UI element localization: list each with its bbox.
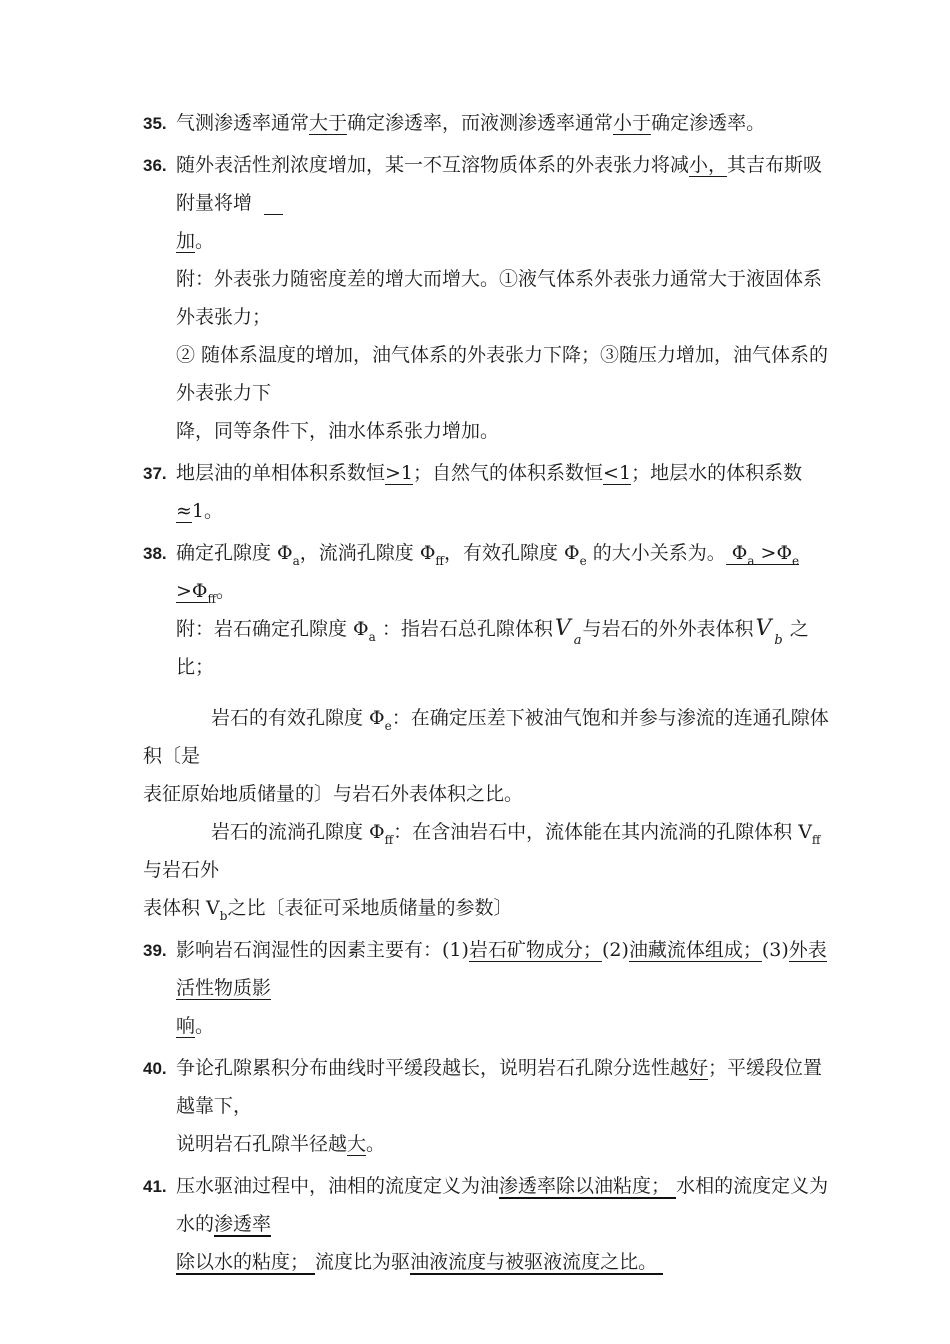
subscript: ff	[435, 554, 444, 568]
subscript: ff	[385, 833, 394, 847]
paragraph: 地层油的单相体积系数恒>1；自然气的体积系数恒<1；地层水的体积系数≈1。	[176, 454, 833, 530]
answer-underline: 油藏流体组成；	[629, 939, 762, 962]
document-page: 35.气测渗透率通常大于确定渗透率，而液测渗透率通常小于确定渗透率。36.随外表…	[0, 0, 950, 1344]
answer-underline: <1	[603, 462, 631, 485]
paragraph: 压水驱油过程中，油相的流度定义为油渗透率除以油粘度； 水相的流度定义为水的渗透率…	[176, 1167, 833, 1281]
item-number: 37.	[143, 454, 167, 493]
subscript: a	[369, 630, 376, 644]
list-item-37: 37.地层油的单相体积系数恒>1；自然气的体积系数恒<1；地层水的体积系数≈1。	[143, 454, 833, 530]
text-segment: 地层油的单相体积系数恒	[176, 462, 385, 484]
item-number: 36.	[143, 146, 167, 185]
text-segment: >Φ	[755, 542, 793, 564]
math-variable: V	[553, 616, 573, 641]
answer-underline: 小，	[689, 154, 727, 177]
text-segment: 1。	[192, 500, 223, 522]
list-item-41: 41.压水驱油过程中，油相的流度定义为油渗透率除以油粘度； 水相的流度定义为水的…	[143, 1167, 833, 1281]
paragraph: 附：外表张力随密度差的增大而增大。①液气体系外表张力通常大于液固体系外表张力；②…	[176, 260, 833, 450]
answer-underline: 加	[176, 230, 195, 253]
paragraph: 岩石的有效孔隙度 Φe：在确定压差下被油气饱和并参与渗流的连通孔隙体积〔是表征原…	[143, 699, 833, 813]
subscript: a	[293, 554, 300, 568]
list-item-39: 39.影响岩石润湿性的因素主要有：(1)岩石矿物成分；(2)油藏流体组成；(3)…	[143, 931, 833, 1045]
paragraph: 岩石的流淌孔隙度 Φff：在含油岩石中，流体能在其内流淌的孔隙体积 Vff 与岩…	[143, 813, 833, 927]
paragraph: 气测渗透率通常大于确定渗透率，而液测渗透率通常小于确定渗透率。	[176, 104, 833, 142]
text-segment: 降，同等条件下，油水体系张力增加。	[176, 420, 499, 442]
subscript: b	[220, 909, 228, 923]
text-segment: 影响岩石润湿性的因素主要有：(1)	[176, 939, 469, 961]
item-number: 39.	[143, 931, 167, 970]
paragraph: 随外表活性剂浓度增加，某一不互溶物质体系的外表张力将减小，其吉布斯吸附量将增 加…	[176, 146, 833, 260]
text-segment: 的大小关系为。	[587, 542, 726, 564]
text-segment: 附：外表张力随密度差的增大而增大。①液气体系外表张力通常大于液固体系外表张力；	[176, 268, 822, 328]
answer-underline: 好	[689, 1057, 708, 1080]
answer-underline: 渗透率除以油粘度；	[499, 1175, 676, 1199]
list-item-38: 38.确定孔隙度 Φa，流淌孔隙度 Φff，有效孔隙度 Φe 的大小关系为。 Φ…	[143, 534, 833, 927]
text-segment: 。	[216, 580, 235, 602]
text-segment: 表征原始地质储量的〕与岩石外表体积之比。	[143, 783, 523, 805]
list-item-40: 40.争论孔隙累积分布曲线时平缓段越长，说明岩石孔隙分选性越好；平缓段位置越靠下…	[143, 1049, 833, 1163]
text-segment: ：在含油岩石中，流体能在其内流淌的孔隙体积 V	[393, 821, 812, 843]
paragraph: 附：岩石确定孔隙度 Φa ：指岩石总孔隙体积Va与岩石的外外表体积Vb 之比；	[176, 610, 833, 686]
text-segment: 与岩石外	[143, 859, 219, 881]
paragraph: 争论孔隙累积分布曲线时平缓段越长，说明岩石孔隙分选性越好；平缓段位置越靠下，说明…	[176, 1049, 833, 1163]
subscript: ff	[812, 833, 821, 847]
text-segment: 说明岩石孔隙半径越	[176, 1133, 347, 1155]
answer-underline: 响	[176, 1015, 195, 1038]
text-segment: 与岩石的外外表体积	[582, 618, 753, 640]
subscript: e	[385, 719, 392, 733]
math-subscript: b	[773, 633, 783, 648]
text-segment: 之比〔表征可采地质储量的参数〕	[227, 897, 512, 919]
text-segment: ，有效孔隙度 Φ	[444, 542, 580, 564]
answer-underline: 大	[347, 1133, 366, 1156]
list-item-36: 36.随外表活性剂浓度增加，某一不互溶物质体系的外表张力将减小，其吉布斯吸附量将…	[143, 146, 833, 450]
math-subscript: a	[573, 633, 583, 648]
text-segment: 气测渗透率通常	[176, 112, 309, 134]
item-number: 41.	[143, 1167, 167, 1206]
paragraph: 影响岩石润湿性的因素主要有：(1)岩石矿物成分；(2)油藏流体组成；(3)外表活…	[176, 931, 833, 1045]
text-segment: 确定渗透率，而液测渗透率通常	[347, 112, 613, 134]
document-content: 35.气测渗透率通常大于确定渗透率，而液测渗透率通常小于确定渗透率。36.随外表…	[143, 104, 833, 1285]
text-segment: 。	[195, 230, 214, 252]
text-segment: (2)	[602, 939, 629, 961]
text-segment: 压水驱油过程中，油相的流度定义为油	[176, 1175, 499, 1197]
text-segment: 确定渗透率。	[651, 112, 765, 134]
answer-underline: >1	[385, 462, 413, 485]
answer-underline: 大于	[309, 112, 347, 135]
text-segment: ：指岩石总孔隙体积	[376, 618, 553, 640]
text-segment: 岩石的有效孔隙度 Φ	[211, 707, 385, 729]
text-segment: ，流淌孔隙度 Φ	[300, 542, 436, 564]
answer-underline: 岩石矿物成分；	[469, 939, 602, 962]
answer-underline: 除以水的粘度；	[176, 1251, 315, 1275]
text-segment: 表体积 V	[143, 897, 220, 919]
math-variable: V	[754, 616, 774, 641]
text-segment: ；自然气的体积系数恒	[413, 462, 603, 484]
text-segment: (3)	[762, 939, 789, 961]
item-number: 35.	[143, 104, 167, 143]
text-segment: ；地层水的体积系数	[631, 462, 802, 484]
text-segment: 岩石的流淌孔隙度 Φ	[211, 821, 385, 843]
paragraph: 确定孔隙度 Φa，流淌孔隙度 Φff，有效孔隙度 Φe 的大小关系为。 Φa >…	[176, 534, 833, 610]
text-segment: 。	[195, 1015, 214, 1037]
text-segment: >Φ	[176, 580, 208, 602]
subscript: ff	[208, 592, 217, 606]
item-number: 40.	[143, 1049, 167, 1088]
text-segment: 。	[366, 1133, 385, 1155]
item-number: 38.	[143, 534, 167, 573]
text-segment: 确定孔隙度 Φ	[176, 542, 293, 564]
subscript: e	[792, 554, 799, 568]
text-segment: 随外表活性剂浓度增加，某一不互溶物质体系的外表张力将减	[176, 154, 689, 176]
answer-underline: 小于	[613, 112, 651, 135]
text-segment: Φ	[726, 542, 748, 564]
answer-underline: ≈	[176, 500, 192, 523]
text-segment	[252, 192, 264, 214]
subscript: a	[747, 554, 754, 568]
text-segment: 争论孔隙累积分布曲线时平缓段越长，说明岩石孔隙分选性越	[176, 1057, 689, 1079]
answer-underline	[264, 192, 283, 215]
text-segment: ② 随体系温度的增加，油气体系的外表张力下降；③随压力增加，油气体系的外表张力下	[176, 344, 828, 404]
subscript: e	[580, 554, 587, 568]
text-segment: 附：岩石确定孔隙度 Φ	[176, 618, 369, 640]
text-segment: 流度比为驱	[315, 1251, 410, 1273]
answer-underline: 渗透率	[214, 1213, 271, 1237]
answer-underline: 油液流度与被驱液流度之比。	[410, 1251, 663, 1275]
list-item-35: 35.气测渗透率通常大于确定渗透率，而液测渗透率通常小于确定渗透率。	[143, 104, 833, 142]
